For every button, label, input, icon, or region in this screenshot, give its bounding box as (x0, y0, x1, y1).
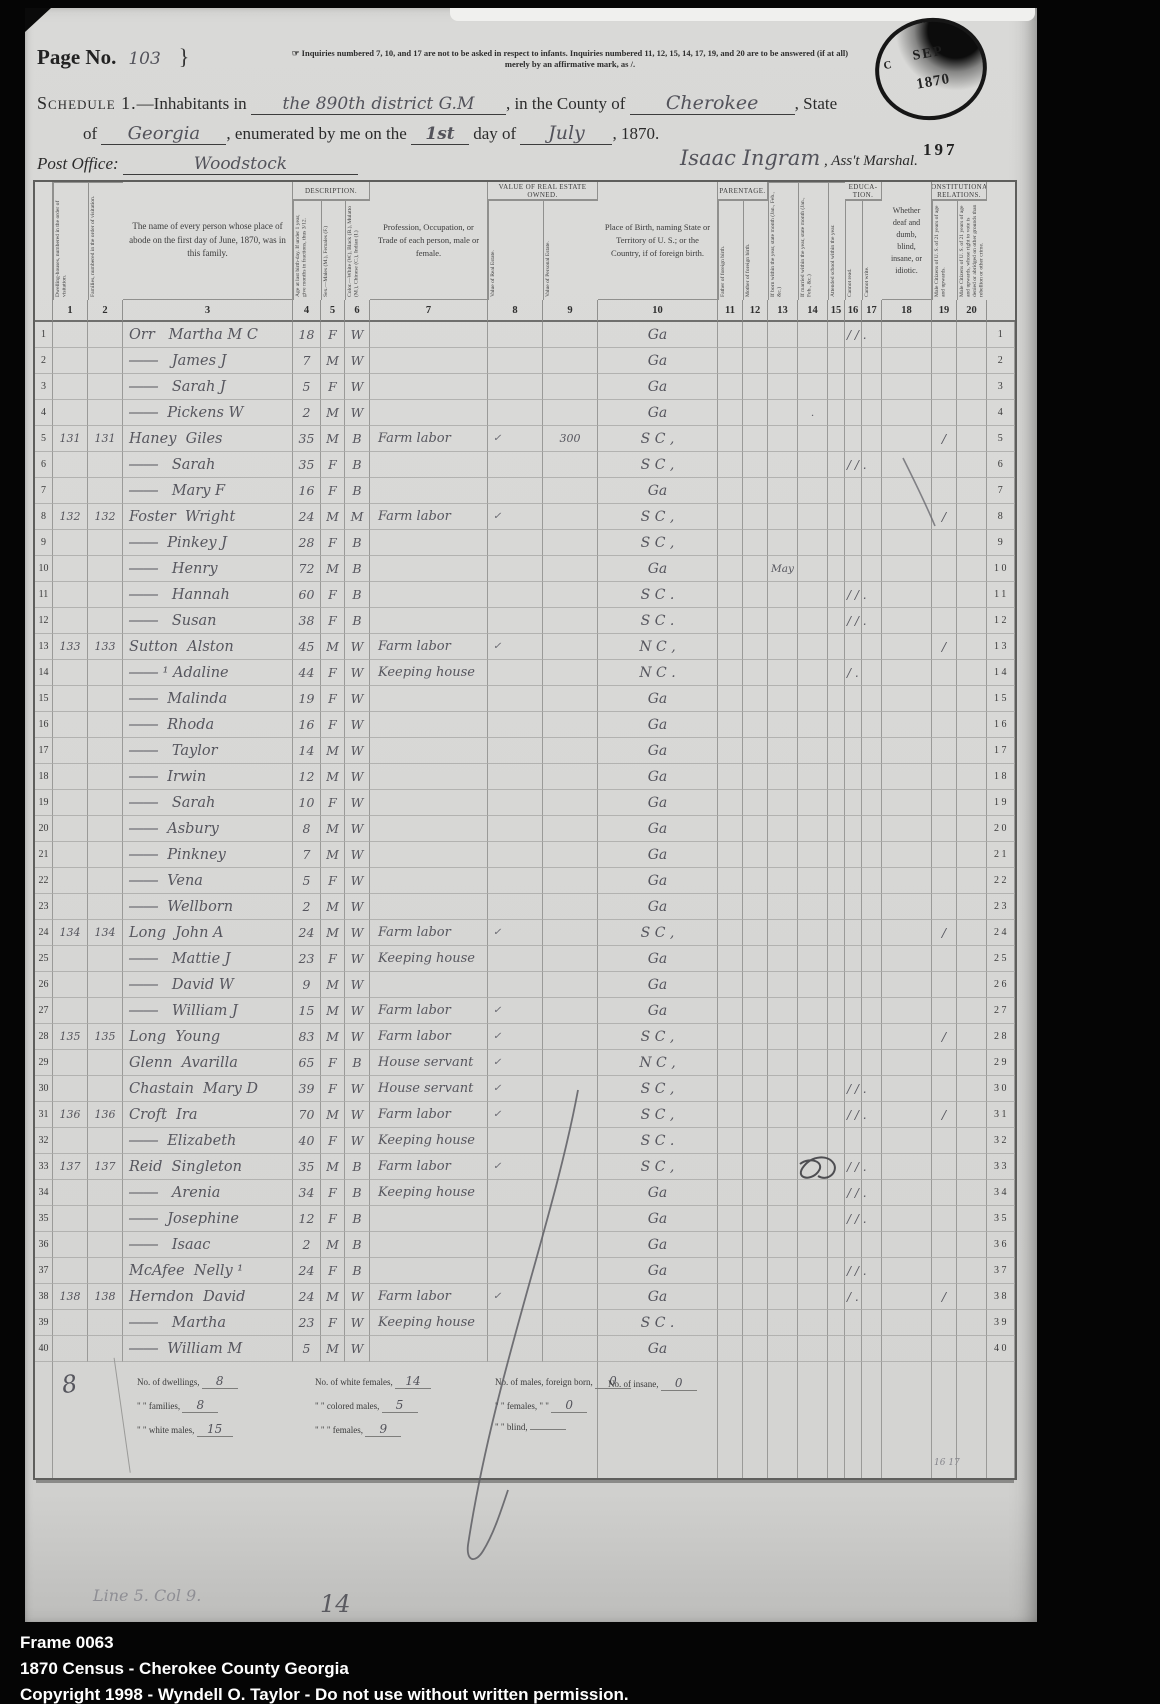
mother-foreign-cell (743, 634, 768, 660)
birthplace-value: Ga (598, 764, 718, 790)
birthplace-value: Ga (598, 322, 718, 348)
col-header-occupation: Profession, Occupation, or Trade of each… (370, 182, 488, 300)
married-month-value (798, 920, 828, 946)
birthplace-value: Ga (598, 400, 718, 426)
personal-estate-value (543, 712, 598, 738)
cannot-write-cell (862, 348, 882, 374)
birthplace-value: Ga (598, 686, 718, 712)
birthplace-value: Ga (598, 738, 718, 764)
education-marks: / / . (845, 1102, 862, 1128)
occupation-value: Keeping house (370, 1180, 488, 1206)
education-marks: / / . (845, 1258, 862, 1284)
group-header-constitutional: Constitutional Relations. (932, 182, 987, 200)
father-foreign-cell (718, 1154, 743, 1180)
real-estate-mark (488, 686, 543, 712)
family-number (88, 1206, 123, 1232)
deaf-dumb-cell (882, 816, 932, 842)
personal-estate-value (543, 920, 598, 946)
born-month-value (768, 868, 798, 894)
col-number: 2 (88, 300, 123, 322)
born-month-value (768, 1050, 798, 1076)
sex-value: F (321, 1310, 345, 1336)
sex-value: M (321, 400, 345, 426)
cannot-write-cell (862, 738, 882, 764)
real-estate-mark (488, 842, 543, 868)
family-number (88, 686, 123, 712)
person-name: ―― Sarah (123, 790, 293, 816)
mother-foreign-cell (743, 1102, 768, 1128)
attended-school-cell (828, 920, 845, 946)
person-name: ―― Pinkey J (123, 530, 293, 556)
col-header-attended-school: Attended school within the year. (828, 182, 845, 300)
vote-denied-cell (957, 1310, 987, 1336)
birthplace-value: S C , (598, 920, 718, 946)
sex-value: M (321, 426, 345, 452)
occupation-value: House servant (370, 1050, 488, 1076)
personal-estate-value (543, 998, 598, 1024)
personal-estate-value (543, 1180, 598, 1206)
row-number-right: 11 (987, 582, 1015, 608)
married-month-value (798, 894, 828, 920)
dwelling-number (53, 686, 88, 712)
age-value: 5 (293, 1336, 321, 1362)
attended-school-cell (828, 1154, 845, 1180)
person-name: Haney Giles (123, 426, 293, 452)
sex-value: M (321, 1102, 345, 1128)
education-marks (845, 374, 862, 400)
deaf-dumb-cell (882, 1180, 932, 1206)
dwelling-number (53, 816, 88, 842)
birthplace-value: Ga (598, 998, 718, 1024)
attended-school-cell (828, 582, 845, 608)
person-name: Foster Wright (123, 504, 293, 530)
row-number-right: 6 (987, 452, 1015, 478)
age-value: 5 (293, 868, 321, 894)
person-name: ―― Taylor (123, 738, 293, 764)
attended-school-cell (828, 1128, 845, 1154)
attended-school-cell (828, 634, 845, 660)
vote-denied-cell (957, 946, 987, 972)
row-number-right: 1 (987, 322, 1015, 348)
mother-foreign-cell (743, 764, 768, 790)
born-month-value (768, 1284, 798, 1310)
personal-estate-value (543, 660, 598, 686)
personal-estate-value (543, 790, 598, 816)
deaf-dumb-cell (882, 400, 932, 426)
mother-foreign-cell (743, 1050, 768, 1076)
deaf-dumb-cell (882, 894, 932, 920)
person-name: ―― Pickens W (123, 400, 293, 426)
tally-value: 8 (182, 1398, 218, 1413)
education-marks: / / . (845, 1076, 862, 1102)
row-number-right: 5 (987, 426, 1015, 452)
person-name: Herndon David (123, 1284, 293, 1310)
vote-denied-cell (957, 790, 987, 816)
age-value: 7 (293, 348, 321, 374)
male-citizen-mark (932, 556, 957, 582)
vote-denied-cell (957, 1024, 987, 1050)
deaf-dumb-cell (882, 660, 932, 686)
born-month-value (768, 582, 798, 608)
sex-value: F (321, 946, 345, 972)
mother-foreign-cell (743, 400, 768, 426)
mother-foreign-cell (743, 1180, 768, 1206)
person-name: ―― Pinkney (123, 842, 293, 868)
occupation-value (370, 868, 488, 894)
mother-foreign-cell (743, 686, 768, 712)
insane-label: No. of insane, (608, 1379, 661, 1389)
family-number (88, 712, 123, 738)
male-citizen-mark (932, 1232, 957, 1258)
row-number-right: 39 (987, 1310, 1015, 1336)
row-number-right: 40 (987, 1336, 1015, 1362)
row-number-left: 35 (35, 1206, 53, 1232)
sex-value: M (321, 894, 345, 920)
born-month-value: May (768, 556, 798, 582)
married-month-value (798, 816, 828, 842)
family-number (88, 998, 123, 1024)
person-name: ―― Sarah (123, 452, 293, 478)
col-number: 14 (798, 300, 828, 322)
personal-estate-value (543, 1050, 598, 1076)
person-name: Glenn Avarilla (123, 1050, 293, 1076)
father-foreign-cell (718, 894, 743, 920)
age-value: 35 (293, 452, 321, 478)
attended-school-cell (828, 374, 845, 400)
occupation-value: Farm labor (370, 1154, 488, 1180)
color-value: W (345, 400, 370, 426)
male-citizen-mark (932, 348, 957, 374)
vote-denied-cell (957, 712, 987, 738)
sex-value: F (321, 374, 345, 400)
attended-school-cell (828, 842, 845, 868)
family-number: 133 (88, 634, 123, 660)
father-foreign-cell (718, 738, 743, 764)
row-number-left: 29 (35, 1050, 53, 1076)
post-office-label: Post Office: (37, 154, 119, 173)
personal-estate-value (543, 842, 598, 868)
caption-copyright: Copyright 1998 - Wyndell O. Taylor - Do … (20, 1682, 629, 1704)
row-number-left: 26 (35, 972, 53, 998)
row-number-right: 8 (987, 504, 1015, 530)
notice-line-1: ☞ Inquiries numbered 7, 10, and 17 are n… (230, 48, 910, 59)
col-number: 4 (293, 300, 321, 322)
person-name: ―― David W (123, 972, 293, 998)
vote-denied-cell (957, 504, 987, 530)
occupation-value (370, 1232, 488, 1258)
col-number: 15 (828, 300, 845, 322)
father-foreign-cell (718, 1206, 743, 1232)
person-name: Orr Martha M C (123, 322, 293, 348)
person-name: ―― Elizabeth (123, 1128, 293, 1154)
row-number-right: 13 (987, 634, 1015, 660)
deaf-dumb-cell (882, 582, 932, 608)
row-number-left: 39 (35, 1310, 53, 1336)
color-value: W (345, 348, 370, 374)
tally-value: 14 (395, 1374, 431, 1389)
tally-value: 0 (551, 1398, 587, 1413)
education-marks (845, 556, 862, 582)
deaf-dumb-cell (882, 1050, 932, 1076)
tally-value: 5 (382, 1398, 418, 1413)
sex-value: M (321, 634, 345, 660)
col-header-dwelling-no: Dwelling-houses, numbered in the order o… (53, 182, 88, 300)
birthplace-value: Ga (598, 478, 718, 504)
occupation-value (370, 686, 488, 712)
cannot-write-cell (862, 1336, 882, 1362)
dwelling-number (53, 1310, 88, 1336)
sex-value: F (321, 1206, 345, 1232)
dwelling-number (53, 478, 88, 504)
male-citizen-mark (932, 1154, 957, 1180)
born-month-value (768, 374, 798, 400)
color-value: W (345, 1128, 370, 1154)
age-value: 12 (293, 764, 321, 790)
deaf-dumb-cell (882, 686, 932, 712)
real-estate-mark (488, 1128, 543, 1154)
age-value: 2 (293, 1232, 321, 1258)
person-name: ―― Isaac (123, 1232, 293, 1258)
dwelling-number (53, 608, 88, 634)
mother-foreign-cell (743, 738, 768, 764)
deaf-dumb-cell (882, 1024, 932, 1050)
row-number-left: 15 (35, 686, 53, 712)
row-number-right: 3 (987, 374, 1015, 400)
male-citizen-mark: / (932, 1284, 957, 1310)
deaf-dumb-cell (882, 452, 932, 478)
dwelling-number: 133 (53, 634, 88, 660)
sex-value: F (321, 1076, 345, 1102)
dwelling-number (53, 1206, 88, 1232)
col-number: 3 (123, 300, 293, 322)
cannot-write-cell (862, 1310, 882, 1336)
cannot-write-cell (862, 764, 882, 790)
personal-estate-value (543, 894, 598, 920)
married-month-value (798, 1154, 828, 1180)
education-marks (845, 894, 862, 920)
birthplace-value: S C , (598, 1076, 718, 1102)
occupation-value: Farm labor (370, 504, 488, 530)
real-estate-mark (488, 530, 543, 556)
sex-value: M (321, 1284, 345, 1310)
married-month-value (798, 1232, 828, 1258)
born-month-value (768, 894, 798, 920)
tally-label: No. of dwellings, (137, 1377, 202, 1387)
deaf-dumb-cell (882, 1154, 932, 1180)
color-value: W (345, 1284, 370, 1310)
personal-estate-value (543, 504, 598, 530)
row-number-left: 9 (35, 530, 53, 556)
schedule-label: Schedule 1. (37, 93, 137, 113)
family-number: 131 (88, 426, 123, 452)
schedule-text: —Inhabitants in (137, 94, 247, 113)
male-citizen-mark (932, 608, 957, 634)
real-estate-mark (488, 790, 543, 816)
age-value: 38 (293, 608, 321, 634)
birthplace-value: Ga (598, 842, 718, 868)
sex-value: M (321, 504, 345, 530)
male-citizen-mark (932, 894, 957, 920)
married-month-value (798, 530, 828, 556)
family-number (88, 764, 123, 790)
birthplace-value: S C . (598, 1128, 718, 1154)
occupation-value (370, 738, 488, 764)
dwelling-number (53, 322, 88, 348)
color-value: W (345, 868, 370, 894)
tally-entry: " " colored males, 5 (315, 1398, 495, 1413)
sex-value: M (321, 1154, 345, 1180)
birthplace-value: S C . (598, 1310, 718, 1336)
born-month-value (768, 1258, 798, 1284)
male-citizen-mark (932, 1050, 957, 1076)
family-number (88, 1128, 123, 1154)
col-header-male-citizens: Male Citizens of U. S. of 21 years of ag… (932, 200, 957, 300)
row-number-right: 36 (987, 1232, 1015, 1258)
male-citizen-mark (932, 582, 957, 608)
vote-denied-cell (957, 1206, 987, 1232)
occupation-value (370, 816, 488, 842)
personal-estate-value (543, 322, 598, 348)
born-month-value (768, 504, 798, 530)
birthplace-value: Ga (598, 868, 718, 894)
married-month-value (798, 504, 828, 530)
row-number-left: 34 (35, 1180, 53, 1206)
family-number (88, 816, 123, 842)
color-value: B (345, 478, 370, 504)
group-header-parentage: Parentage. (718, 182, 768, 200)
person-name: ―― Mary F (123, 478, 293, 504)
row-number-right: 32 (987, 1128, 1015, 1154)
vote-denied-cell (957, 998, 987, 1024)
male-citizen-mark (932, 712, 957, 738)
row-number-left: 8 (35, 504, 53, 530)
occupation-value: Keeping house (370, 946, 488, 972)
color-value: B (345, 530, 370, 556)
mother-foreign-cell (743, 946, 768, 972)
notice-line-2: merely by an affirmative mark, as /. (230, 59, 910, 70)
mother-foreign-cell (743, 1232, 768, 1258)
col-header-cannot-read: Cannot read. (845, 200, 862, 300)
col-number: 12 (743, 300, 768, 322)
family-number (88, 1050, 123, 1076)
mother-foreign-cell (743, 582, 768, 608)
deaf-dumb-cell (882, 1310, 932, 1336)
dwelling-number (53, 1232, 88, 1258)
birthplace-value: S C . (598, 582, 718, 608)
attended-school-cell (828, 1102, 845, 1128)
personal-estate-value (543, 1232, 598, 1258)
occupation-value: Farm labor (370, 920, 488, 946)
vote-denied-cell (957, 1128, 987, 1154)
dwelling-number (53, 868, 88, 894)
married-month-value (798, 946, 828, 972)
personal-estate-value (543, 634, 598, 660)
page-no-brace: } (179, 44, 190, 69)
attended-school-cell (828, 556, 845, 582)
row-number-right: 34 (987, 1180, 1015, 1206)
age-value: 5 (293, 374, 321, 400)
age-value: 24 (293, 1284, 321, 1310)
personal-estate-value (543, 348, 598, 374)
age-value: 14 (293, 738, 321, 764)
dwelling-number (53, 738, 88, 764)
col-header-personal-estate: Value of Personal Estate. (543, 200, 598, 300)
cannot-write-cell (862, 946, 882, 972)
male-citizen-mark (932, 530, 957, 556)
color-value: W (345, 634, 370, 660)
footer-empty-cell (957, 1362, 987, 1478)
group-header-education: Educa- tion. (845, 182, 882, 200)
real-estate-mark: ✓ (488, 1024, 543, 1050)
married-month-value (798, 1336, 828, 1362)
married-month-value (798, 556, 828, 582)
mother-foreign-cell (743, 1310, 768, 1336)
occupation-value: Farm labor (370, 1284, 488, 1310)
age-value: 28 (293, 530, 321, 556)
personal-estate-value (543, 686, 598, 712)
col-header-birthplace: Place of Birth, naming State or Territor… (598, 182, 718, 300)
sex-value: M (321, 998, 345, 1024)
mother-foreign-cell (743, 1128, 768, 1154)
mother-foreign-cell (743, 608, 768, 634)
dwelling-number (53, 582, 88, 608)
state-fill: Georgia (101, 123, 226, 145)
personal-estate-value (543, 530, 598, 556)
row-number-left: 3 (35, 374, 53, 400)
sex-value: F (321, 1258, 345, 1284)
insane-value: 0 (661, 1376, 697, 1391)
father-foreign-cell (718, 920, 743, 946)
dwelling-number: 134 (53, 920, 88, 946)
birthplace-value: S C . (598, 608, 718, 634)
education-marks (845, 712, 862, 738)
footer-empty-cell (743, 1362, 768, 1478)
col-header-father-foreign: Father of foreign birth. (718, 200, 743, 300)
attended-school-cell (828, 478, 845, 504)
mother-foreign-cell (743, 920, 768, 946)
family-number (88, 322, 123, 348)
married-month-value (798, 426, 828, 452)
attended-school-cell (828, 1232, 845, 1258)
schedule-line-2: of Georgia, enumerated by me on the 1st … (83, 122, 983, 145)
father-foreign-cell (718, 530, 743, 556)
occupation-value: Keeping house (370, 1310, 488, 1336)
family-number (88, 452, 123, 478)
real-estate-mark: ✓ (488, 1076, 543, 1102)
born-month-value (768, 842, 798, 868)
col-header-name: The name of every person whose place of … (123, 182, 293, 300)
day-text: day of (473, 124, 516, 143)
footer-flourish: 8 (45, 1358, 130, 1483)
male-citizen-mark: / (932, 426, 957, 452)
education-marks: / / . (845, 608, 862, 634)
vote-denied-cell (957, 894, 987, 920)
father-foreign-cell (718, 1024, 743, 1050)
family-number (88, 1180, 123, 1206)
attended-school-cell (828, 426, 845, 452)
age-value: 83 (293, 1024, 321, 1050)
sex-value: M (321, 556, 345, 582)
real-estate-mark (488, 764, 543, 790)
person-name: Reid Singleton (123, 1154, 293, 1180)
tally-label: " " " females, (315, 1425, 365, 1435)
county-label: , in the County of (506, 94, 625, 113)
row-number-right: 18 (987, 764, 1015, 790)
vote-denied-cell (957, 660, 987, 686)
occupation-value (370, 764, 488, 790)
col-number: 9 (543, 300, 598, 322)
year-text: , 1870. (612, 124, 659, 143)
